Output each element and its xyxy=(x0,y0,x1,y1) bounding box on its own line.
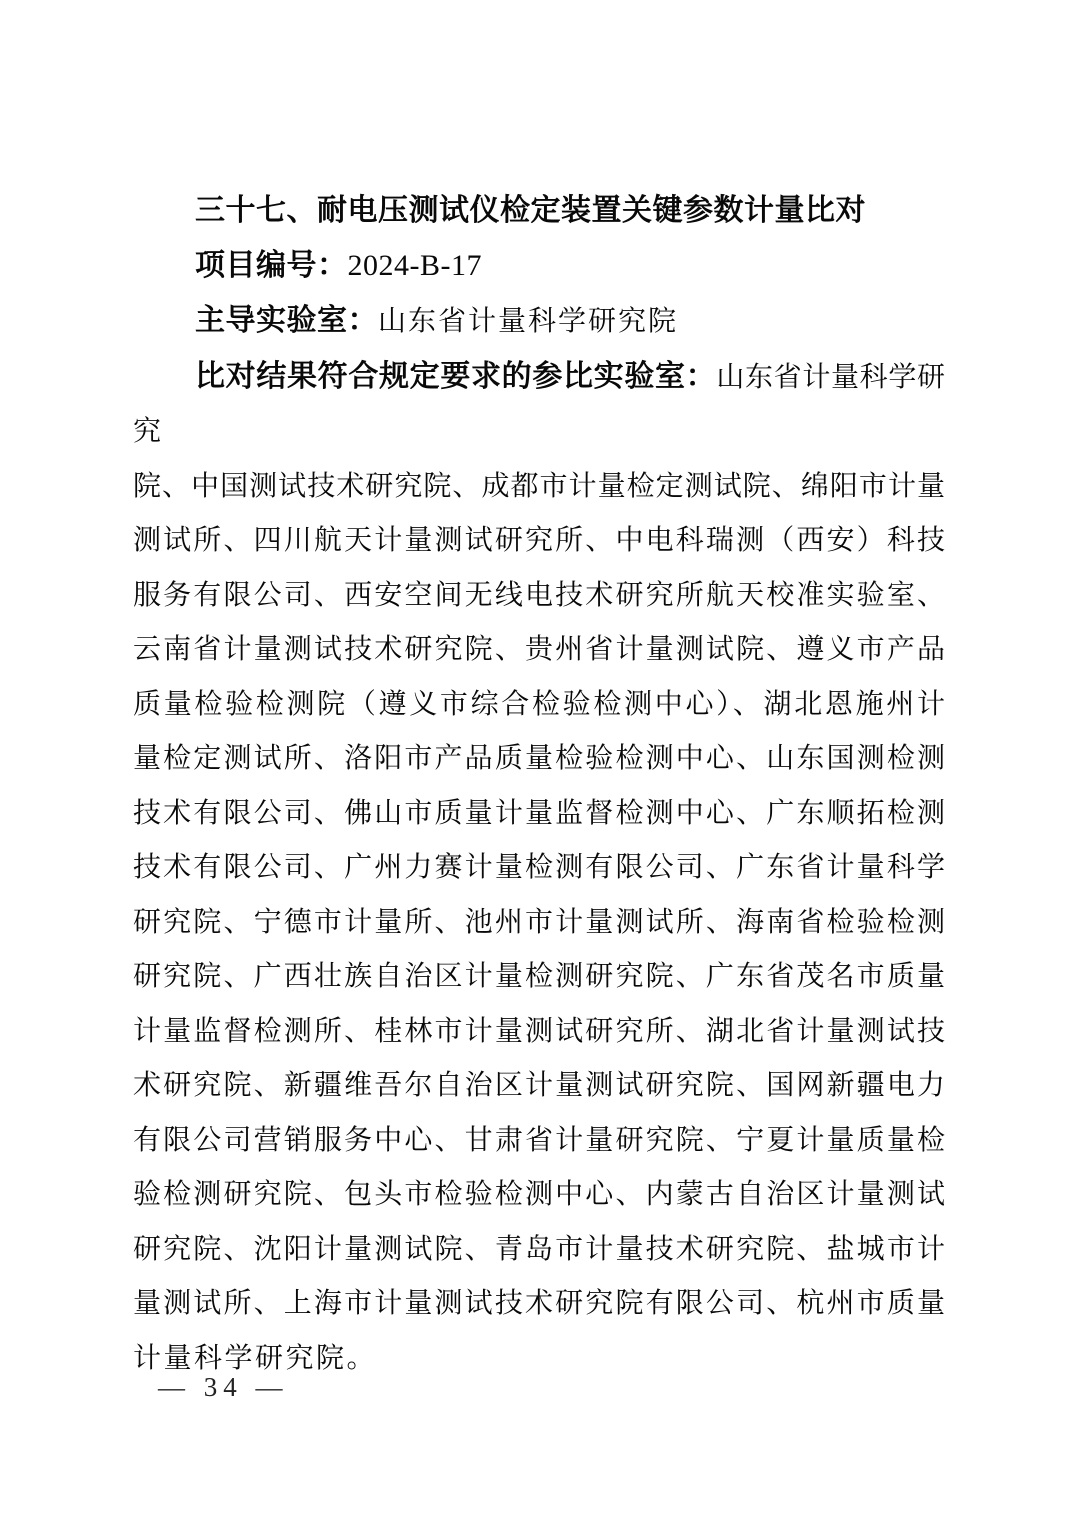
page-number: — 34 — xyxy=(158,1372,289,1403)
paragraph-line: 验检测研究院、包头市检验检测中心、内蒙古自治区计量测试 xyxy=(133,1168,945,1223)
paragraph-line: 院、中国测试技术研究院、成都市计量检定测试院、绵阳市计量 xyxy=(133,460,945,515)
lead-laboratory-value: 山东省计量科学研究院 xyxy=(378,306,678,337)
lead-laboratory-label: 主导实验室： xyxy=(195,304,378,337)
paragraph-justified-lines: 院、中国测试技术研究院、成都市计量检定测试院、绵阳市计量测试所、四川航天计量测试… xyxy=(133,460,945,1332)
lead-laboratory-line: 主导实验室：山东省计量科学研究院 xyxy=(133,294,945,350)
paragraph-line: 量测试所、上海市计量测试技术研究院有限公司、杭州市质量 xyxy=(133,1277,945,1332)
paragraph-line: 测试所、四川航天计量测试研究所、中电科瑞测（西安）科技 xyxy=(133,514,945,569)
project-number-line: 项目编号：2024-B-17 xyxy=(133,239,945,295)
paragraph-line: 量检定测试所、洛阳市产品质量检验检测中心、山东国测检测 xyxy=(133,732,945,787)
paragraph-line: 研究院、广西壮族自治区计量检测研究院、广东省茂名市质量 xyxy=(133,950,945,1005)
paragraph-line: 研究院、沈阳计量测试院、青岛市计量技术研究院、盐城市计 xyxy=(133,1223,945,1278)
project-number-label: 项目编号： xyxy=(195,249,348,282)
paragraph-line: 云南省计量测试技术研究院、贵州省计量测试院、遵义市产品 xyxy=(133,623,945,678)
participating-labs-paragraph: 比对结果符合规定要求的参比实验室：山东省计量科学研究 院、中国测试技术研究院、成… xyxy=(133,350,945,1387)
paragraph-line: 技术有限公司、佛山市质量计量监督检测中心、广东顺拓检测 xyxy=(133,787,945,842)
paragraph-line: 计量监督检测所、桂林市计量测试研究所、湖北省计量测试技 xyxy=(133,1005,945,1060)
paragraph-line: 术研究院、新疆维吾尔自治区计量测试研究院、国网新疆电力 xyxy=(133,1059,945,1114)
paragraph-line: 有限公司营销服务中心、甘肃省计量研究院、宁夏计量质量检 xyxy=(133,1114,945,1169)
paragraph-line: 研究院、宁德市计量所、池州市计量测试所、海南省检验检测 xyxy=(133,896,945,951)
document-page: 三十七、耐电压测试仪检定装置关键参数计量比对 项目编号：2024-B-17 主导… xyxy=(0,0,1080,1527)
paragraph-line: 技术有限公司、广州力赛计量检测有限公司、广东省计量科学 xyxy=(133,841,945,896)
paragraph-line: 服务有限公司、西安空间无线电技术研究所航天校准实验室、 xyxy=(133,569,945,624)
project-number-value: 2024-B-17 xyxy=(348,249,483,282)
document-body: 三十七、耐电压测试仪检定装置关键参数计量比对 项目编号：2024-B-17 主导… xyxy=(133,184,945,1386)
paragraph-first-line: 比对结果符合规定要求的参比实验室：山东省计量科学研究 xyxy=(133,350,945,460)
paragraph-lead-in: 比对结果符合规定要求的参比实验室： xyxy=(195,360,716,393)
paragraph-line: 质量检验检测院（遵义市综合检验检测中心）、湖北恩施州计 xyxy=(133,678,945,733)
section-heading: 三十七、耐电压测试仪检定装置关键参数计量比对 xyxy=(133,184,945,239)
